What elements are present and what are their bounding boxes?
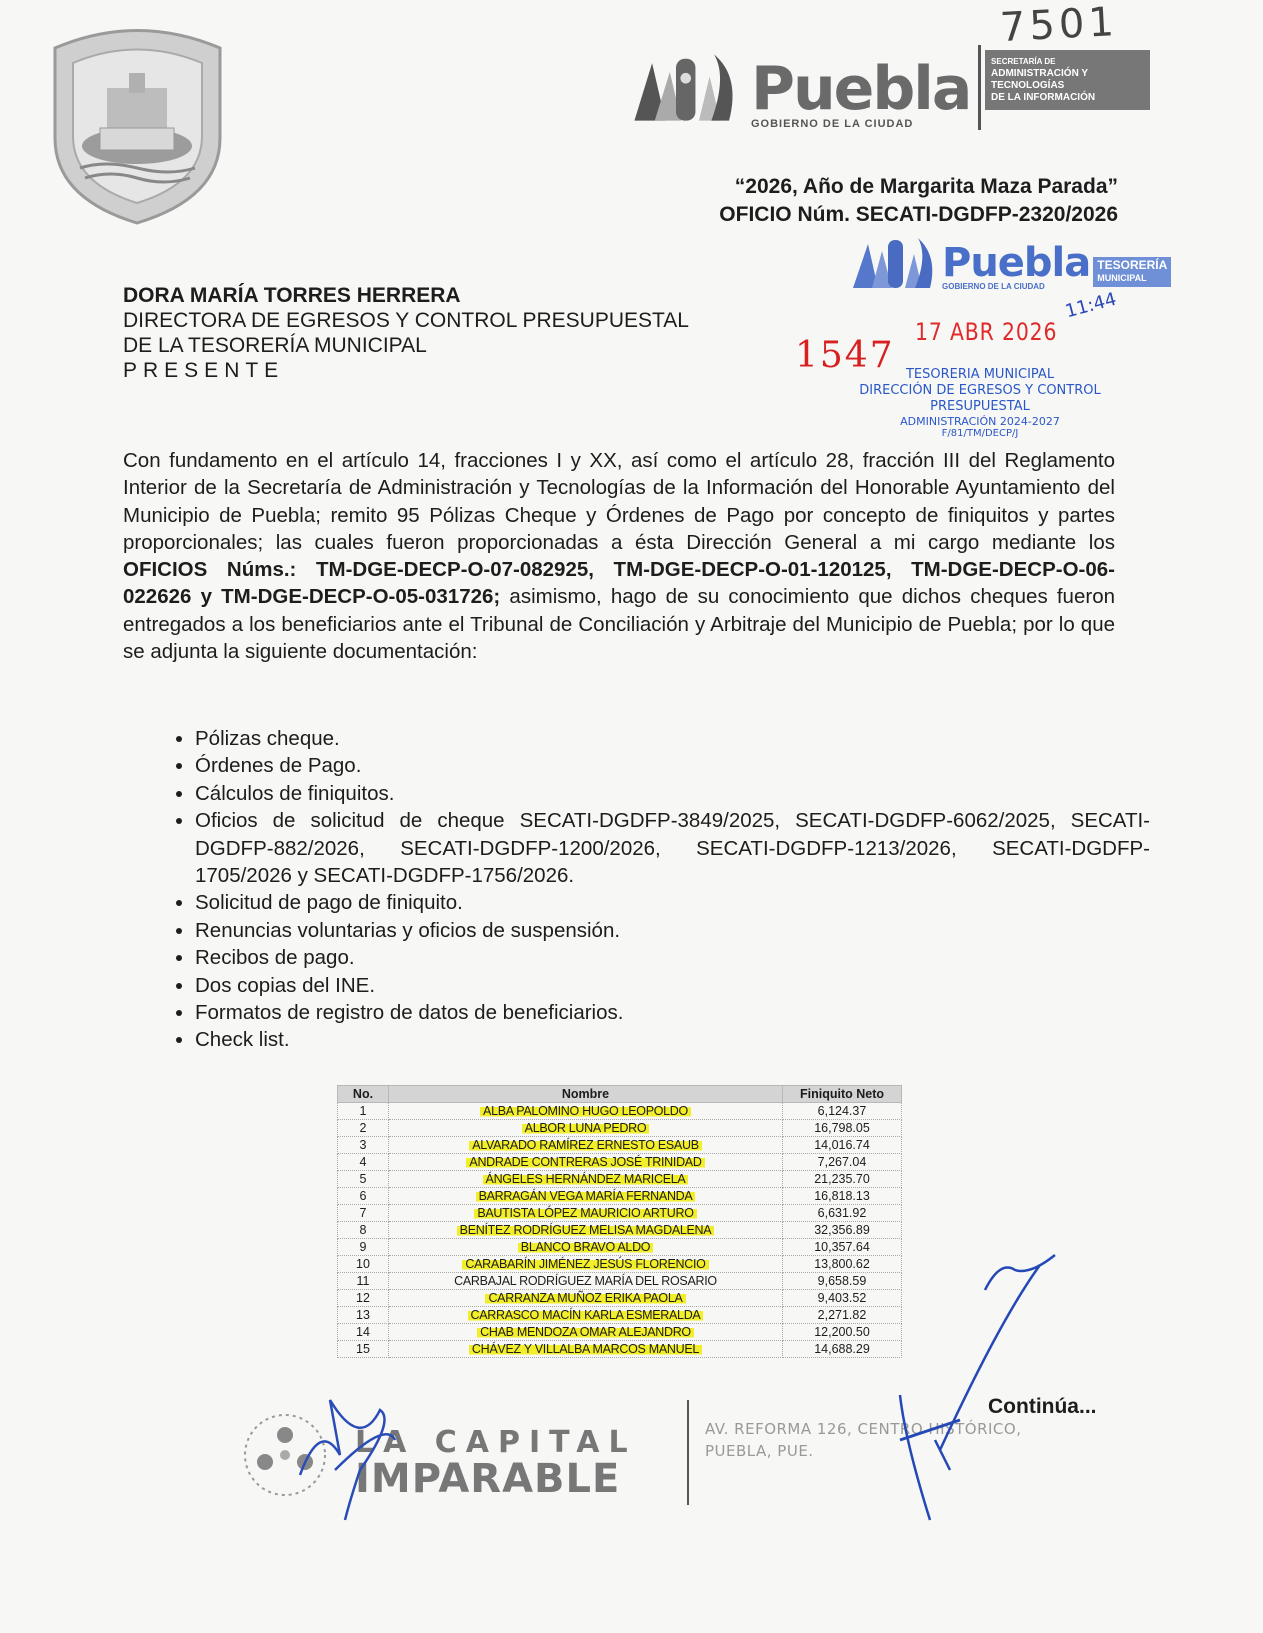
document-list-item: Check list. <box>195 1026 1150 1053</box>
footer-divider <box>687 1400 689 1505</box>
row-number: 4 <box>338 1154 389 1171</box>
row-number: 3 <box>338 1137 389 1154</box>
row-number: 7 <box>338 1205 389 1222</box>
row-number: 14 <box>338 1324 389 1341</box>
beneficiary-name: CARBAJAL RODRÍGUEZ MARÍA DEL ROSARIO <box>389 1273 783 1290</box>
net-settlement-amount: 16,798.05 <box>783 1120 902 1137</box>
table-row: 1ALBA PALOMINO HUGO LEOPOLDO6,124.37 <box>338 1103 902 1120</box>
document-list-item: Formatos de registro de datos de benefic… <box>195 999 1150 1026</box>
row-number: 11 <box>338 1273 389 1290</box>
beneficiary-name: BAUTISTA LÓPEZ MAURICIO ARTURO <box>389 1205 783 1222</box>
beneficiary-name: CARRASCO MACÍN KARLA ESMERALDA <box>389 1307 783 1324</box>
row-number: 1 <box>338 1103 389 1120</box>
salutation: PRESENTE <box>123 358 689 383</box>
year-motto: “2026, Año de Margarita Maza Parada” <box>735 175 1118 199</box>
row-number: 8 <box>338 1222 389 1239</box>
beneficiary-name: BARRAGÁN VEGA MARÍA FERNANDA <box>389 1188 783 1205</box>
net-settlement-amount: 6,124.37 <box>783 1103 902 1120</box>
document-list-item: Órdenes de Pago. <box>195 752 1150 779</box>
net-settlement-amount: 14,016.74 <box>783 1137 902 1154</box>
highlighted-name: CARRANZA MUÑOZ ERIKA PAOLA <box>485 1291 685 1305</box>
highlighted-name: BAUTISTA LÓPEZ MAURICIO ARTURO <box>474 1206 696 1220</box>
stamp-handwritten-time: 11:44 <box>1063 289 1119 323</box>
row-number: 5 <box>338 1171 389 1188</box>
table-row: 4ANDRADE CONTRERAS JOSÉ TRINIDAD7,267.04 <box>338 1154 902 1171</box>
table-row: 6BARRAGÁN VEGA MARÍA FERNANDA16,818.13 <box>338 1188 902 1205</box>
column-header-amount: Finiquito Neto <box>783 1086 902 1103</box>
table-row: 15CHÁVEZ Y VILLALBA MARCOS MANUEL14,688.… <box>338 1341 902 1358</box>
net-settlement-amount: 13,800.62 <box>783 1256 902 1273</box>
beneficiary-name: BENÍTEZ RODRÍGUEZ MELISA MAGDALENA <box>389 1222 783 1239</box>
highlighted-name: ANDRADE CONTRERAS JOSÉ TRINIDAD <box>466 1155 704 1169</box>
document-list-item: Cálculos de finiquitos. <box>195 780 1150 807</box>
document-list-item: Recibos de pago. <box>195 944 1150 971</box>
stamp-office-text: TESORERIA MUNICIPAL DIRECCIÓN DE EGRESOS… <box>840 367 1120 440</box>
row-number: 13 <box>338 1307 389 1324</box>
slogan-line-1: LA CAPITAL <box>355 1425 637 1460</box>
highlighted-name: CARRASCO MACÍN KARLA ESMERALDA <box>468 1308 704 1322</box>
beneficiary-name: CARRANZA MUÑOZ ERIKA PAOLA <box>389 1290 783 1307</box>
beneficiary-name: CHAB MENDOZA OMAR ALEJANDRO <box>389 1324 783 1341</box>
column-header-name: Nombre <box>389 1086 783 1103</box>
highlighted-name: CARBAJAL RODRÍGUEZ MARÍA DEL ROSARIO <box>454 1274 717 1288</box>
city-coat-of-arms <box>45 18 230 226</box>
reception-stamp-logo: Puebla GOBIERNO DE LA CIUDAD TESORERÍA M… <box>850 236 1171 291</box>
table-row: 2ALBOR LUNA PEDRO16,798.05 <box>338 1120 902 1137</box>
table-row: 10CARABARÍN JIMÉNEZ JESÚS FLORENCIO13,80… <box>338 1256 902 1273</box>
table-row: 3ALVARADO RAMÍREZ ERNESTO ESAUB14,016.74 <box>338 1137 902 1154</box>
row-number: 15 <box>338 1341 389 1358</box>
address: AV. REFORMA 126, CENTRO HISTÓRICO, PUEBL… <box>705 1418 1021 1462</box>
highlighted-name: BARRAGÁN VEGA MARÍA FERNANDA <box>476 1189 696 1203</box>
highlighted-name: ÁNGELES HERNÁNDEZ MARICELA <box>483 1172 689 1186</box>
row-number: 9 <box>338 1239 389 1256</box>
net-settlement-amount: 6,631.92 <box>783 1205 902 1222</box>
row-number: 2 <box>338 1120 389 1137</box>
net-settlement-amount: 16,818.13 <box>783 1188 902 1205</box>
table-row: 11CARBAJAL RODRÍGUEZ MARÍA DEL ROSARIO9,… <box>338 1273 902 1290</box>
table-row: 9BLANCO BRAVO ALDO10,357.64 <box>338 1239 902 1256</box>
document-list-item: Pólizas cheque. <box>195 725 1150 752</box>
row-number: 10 <box>338 1256 389 1273</box>
row-number: 12 <box>338 1290 389 1307</box>
puebla-emblem-icon <box>630 45 745 130</box>
puebla-sec-logo: Puebla GOBIERNO DE LA CIUDAD SECRETARÍA … <box>630 40 1150 130</box>
row-number: 6 <box>338 1188 389 1205</box>
body-paragraph: Con fundamento en el artículo 14, fracci… <box>123 447 1115 665</box>
highlighted-name: BLANCO BRAVO ALDO <box>518 1240 653 1254</box>
net-settlement-amount: 14,688.29 <box>783 1341 902 1358</box>
document-list-item: Solicitud de pago de finiquito. <box>195 889 1150 916</box>
attached-documents-list: Pólizas cheque.Órdenes de Pago.Cálculos … <box>160 725 1150 1054</box>
highlighted-name: CHÁVEZ Y VILLALBA MARCOS MANUEL <box>469 1342 702 1356</box>
puebla-emblem-stamp-icon <box>850 236 940 291</box>
recipient-department: DE LA TESORERÍA MUNICIPAL <box>123 333 689 358</box>
beneficiary-name: CARABARÍN JIMÉNEZ JESÚS FLORENCIO <box>389 1256 783 1273</box>
stamp-puebla-wordmark: Puebla <box>942 244 1090 282</box>
net-settlement-amount: 2,271.82 <box>783 1307 902 1324</box>
highlighted-name: CARABARÍN JIMÉNEZ JESÚS FLORENCIO <box>462 1257 708 1271</box>
table-row: 14CHAB MENDOZA OMAR ALEJANDRO12,200.50 <box>338 1324 902 1341</box>
table-row: 13CARRASCO MACÍN KARLA ESMERALDA2,271.82 <box>338 1307 902 1324</box>
highlighted-name: BENÍTEZ RODRÍGUEZ MELISA MAGDALENA <box>457 1223 715 1237</box>
secretaria-label: SECRETARÍA DE ADMINISTRACIÓN Y TECNOLOGÍ… <box>985 50 1150 110</box>
table-row: 5ÁNGELES HERNÁNDEZ MARICELA21,235.70 <box>338 1171 902 1188</box>
table-row: 7BAUTISTA LÓPEZ MAURICIO ARTURO6,631.92 <box>338 1205 902 1222</box>
highlighted-name: CHAB MENDOZA OMAR ALEJANDRO <box>477 1325 694 1339</box>
beneficiary-name: ALBOR LUNA PEDRO <box>389 1120 783 1137</box>
document-list-item: Oficios de solicitud de cheque SECATI-DG… <box>195 807 1150 889</box>
table-row: 8BENÍTEZ RODRÍGUEZ MELISA MAGDALENA32,35… <box>338 1222 902 1239</box>
column-header-no: No. <box>338 1086 389 1103</box>
table-row: 12CARRANZA MUÑOZ ERIKA PAOLA9,403.52 <box>338 1290 902 1307</box>
continues-label: Continúa... <box>988 1395 1097 1419</box>
gobierno-label: GOBIERNO DE LA CIUDAD <box>751 118 970 130</box>
beneficiary-name: ANDRADE CONTRERAS JOSÉ TRINIDAD <box>389 1154 783 1171</box>
stamp-tesoreria-label: TESORERÍA MUNICIPAL <box>1093 257 1171 287</box>
recipient-name: DORA MARÍA TORRES HERRERA <box>123 283 689 308</box>
recipient-block: DORA MARÍA TORRES HERRERA DIRECTORA DE E… <box>123 283 689 383</box>
highlighted-name: ALBOR LUNA PEDRO <box>522 1121 650 1135</box>
net-settlement-amount: 21,235.70 <box>783 1171 902 1188</box>
finiquitos-table: No. Nombre Finiquito Neto 1ALBA PALOMINO… <box>337 1085 902 1358</box>
equality-certification-seal <box>230 1400 340 1510</box>
beneficiary-name: BLANCO BRAVO ALDO <box>389 1239 783 1256</box>
document-list-item: Renuncias voluntarias y oficios de suspe… <box>195 917 1150 944</box>
beneficiary-name: CHÁVEZ Y VILLALBA MARCOS MANUEL <box>389 1341 783 1358</box>
net-settlement-amount: 9,658.59 <box>783 1273 902 1290</box>
stamp-date: 17 ABR 2026 <box>915 318 1057 346</box>
slogan-line-2: IMPARABLE <box>355 1456 637 1502</box>
net-settlement-amount: 7,267.04 <box>783 1154 902 1171</box>
document-list-item: Dos copias del INE. <box>195 972 1150 999</box>
stamp-gobierno-label: GOBIERNO DE LA CIUDAD <box>942 282 1090 291</box>
recipient-title: DIRECTORA DE EGRESOS Y CONTROL PRESUPUES… <box>123 308 689 333</box>
net-settlement-amount: 12,200.50 <box>783 1324 902 1341</box>
net-settlement-amount: 32,356.89 <box>783 1222 902 1239</box>
puebla-wordmark: Puebla <box>751 60 970 118</box>
oficio-number: OFICIO Núm. SECATI-DGDFP-2320/2026 <box>719 203 1118 227</box>
beneficiary-name: ÁNGELES HERNÁNDEZ MARICELA <box>389 1171 783 1188</box>
highlighted-name: ALVARADO RAMÍREZ ERNESTO ESAUB <box>469 1138 701 1152</box>
net-settlement-amount: 9,403.52 <box>783 1290 902 1307</box>
net-settlement-amount: 10,357.64 <box>783 1239 902 1256</box>
beneficiary-name: ALVARADO RAMÍREZ ERNESTO ESAUB <box>389 1137 783 1154</box>
slogan-logo: LA CAPITAL IMPARABLE <box>355 1425 637 1502</box>
highlighted-name: ALBA PALOMINO HUGO LEOPOLDO <box>480 1104 691 1118</box>
beneficiary-name: ALBA PALOMINO HUGO LEOPOLDO <box>389 1103 783 1120</box>
